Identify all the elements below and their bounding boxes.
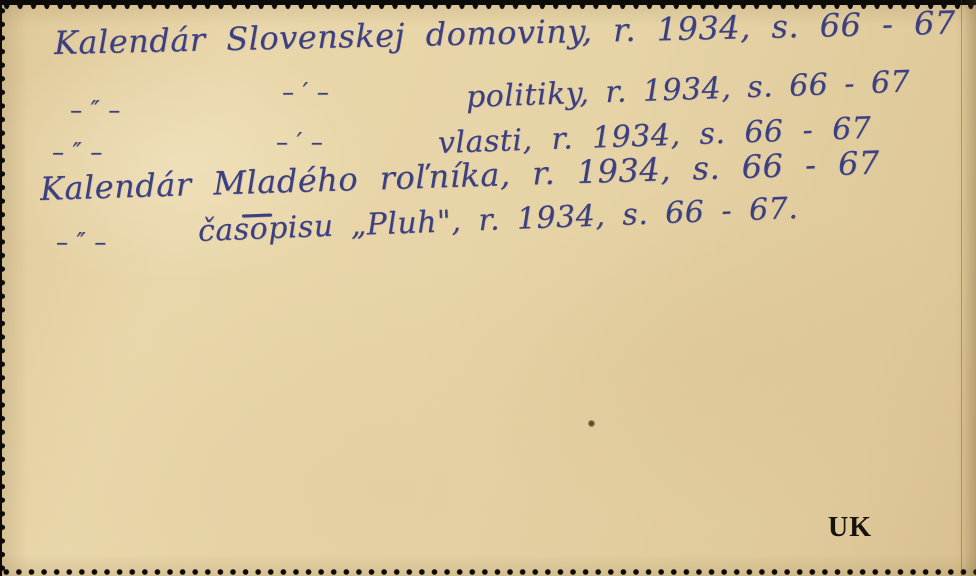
- ditto-mark: – ″ –: [56, 228, 107, 256]
- perforation-top-edge: [0, 0, 976, 16]
- ditto-mark: – ′ –: [276, 128, 323, 156]
- ditto-mark: – ″ –: [70, 96, 121, 124]
- scanned-catalog-card: Kalendár Slovenskej domoviny, r. 1934, s…: [0, 0, 976, 576]
- right-edge-shadow: [961, 0, 976, 576]
- perforation-left-edge: [0, 0, 12, 576]
- paper-stain: [588, 420, 595, 427]
- ditto-mark: – ″ –: [52, 138, 103, 166]
- perforation-bottom-edge: [0, 564, 976, 576]
- ditto-mark: – ′ –: [282, 78, 329, 106]
- library-stamp: UK: [828, 512, 872, 544]
